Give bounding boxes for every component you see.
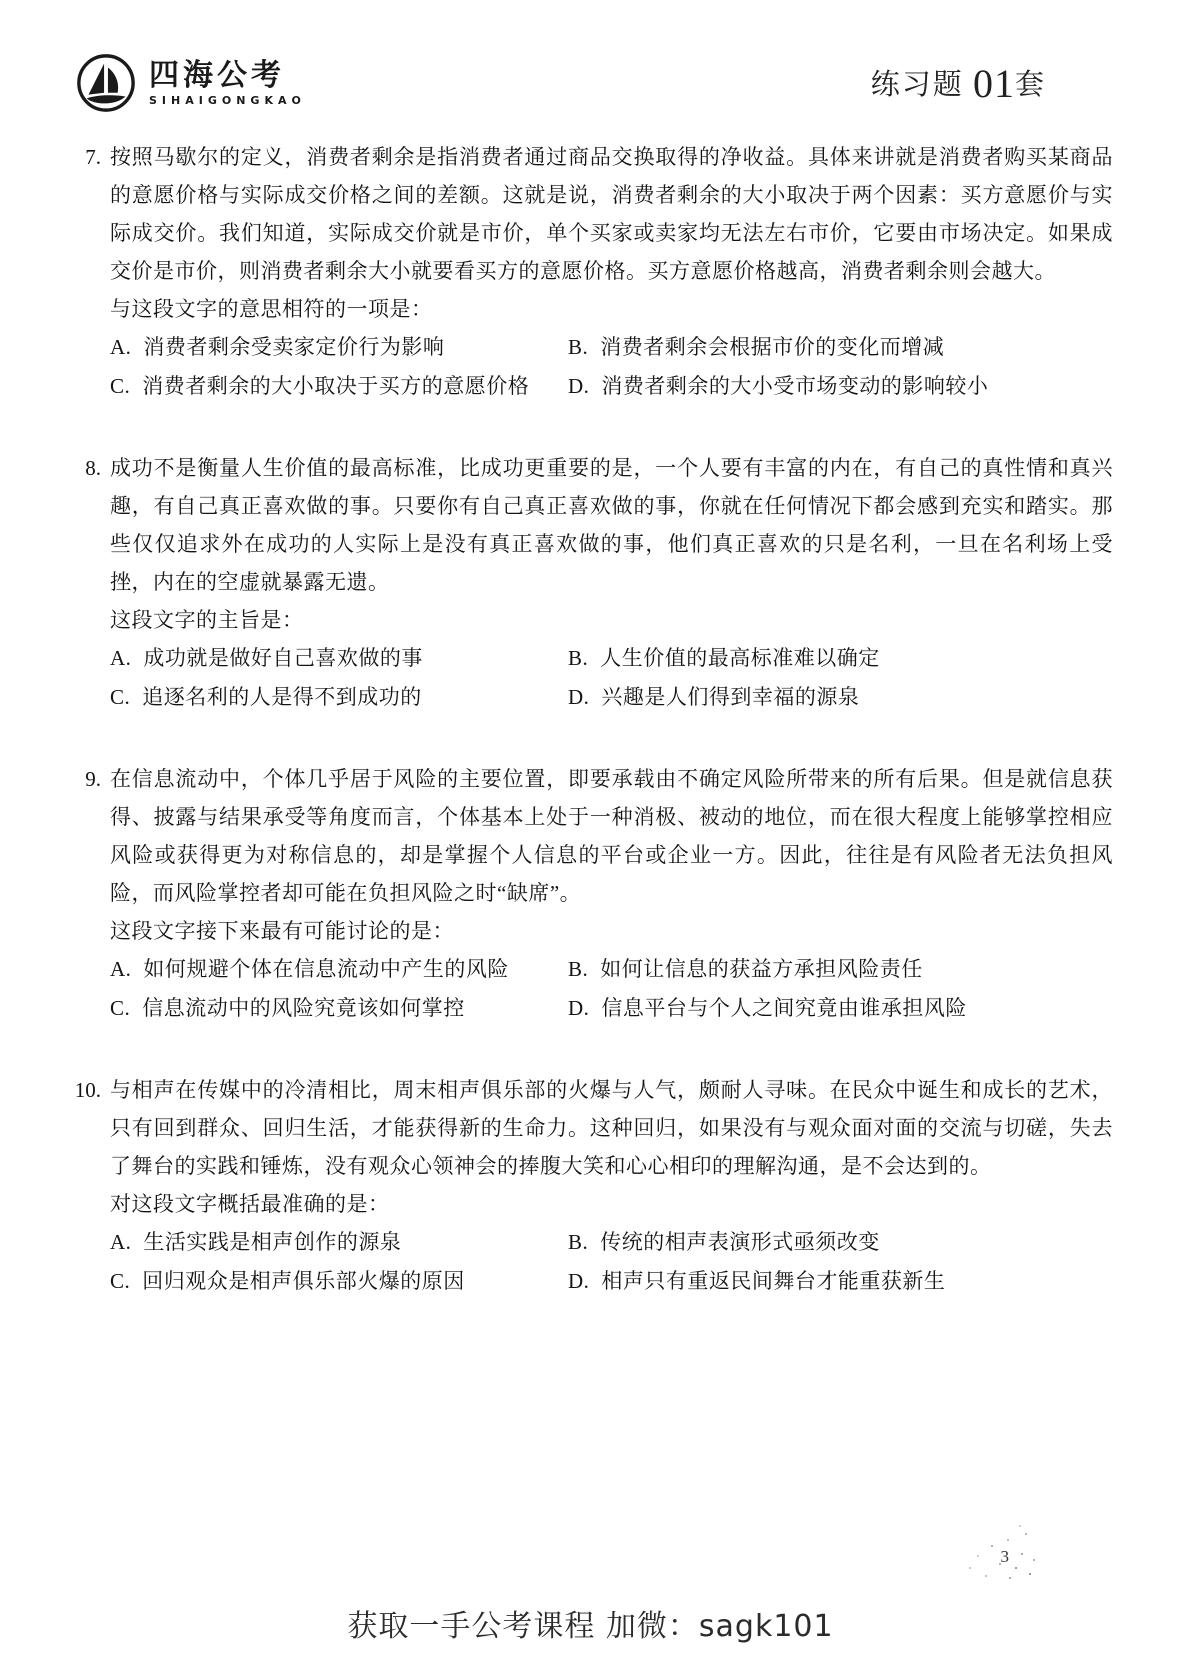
question-7: 7. 按照马歇尔的定义，消费者剩余是指消费者通过商品交换取得的净收益。具体来讲就… xyxy=(62,138,1113,406)
option-c: C.追逐名利的人是得不到成功的 xyxy=(110,678,568,717)
promo-footer-text: 获取一手公考课程 加微：sagk101 xyxy=(0,1601,1181,1645)
question-body: 在信息流动中，个体几乎居于风险的主要位置，即要承载由不确定风险所带来的所有后果。… xyxy=(110,760,1113,1028)
page-number: 3 xyxy=(1001,1547,1010,1567)
option-a: A.消费者剩余受卖家定价行为影响 xyxy=(110,328,568,367)
question-passage: 按照马歇尔的定义，消费者剩余是指消费者通过商品交换取得的净收益。具体来讲就是消费… xyxy=(110,138,1113,290)
question-number: 8. xyxy=(62,449,110,717)
question-passage: 成功不是衡量人生价值的最高标准，比成功更重要的是，一个人要有丰富的内在，有自己的… xyxy=(110,449,1113,601)
document-page: 四海公考 SIHAIGONGKAO 练习题 01套 7. 按照马歇尔的定义，消费… xyxy=(0,0,1181,1653)
option-label: B. xyxy=(568,335,588,359)
option-text: 生活实践是相声创作的源泉 xyxy=(143,1230,401,1254)
option-text: 相声只有重返民间舞台才能重获新生 xyxy=(601,1269,945,1293)
option-label: A. xyxy=(110,1230,131,1254)
option-text: 信息平台与个人之间究竟由谁承担风险 xyxy=(601,996,967,1020)
option-label: A. xyxy=(110,335,131,359)
title-suffix: 套 xyxy=(1015,69,1046,101)
question-options: A.如何规避个体在信息流动中产生的风险 B.如何让信息的获益方承担风险责任 C.… xyxy=(110,950,1113,1028)
option-text: 如何让信息的获益方承担风险责任 xyxy=(600,957,923,981)
option-text: 消费者剩余的大小受市场变动的影响较小 xyxy=(601,374,988,398)
brand-logo: 四海公考 SIHAIGONGKAO xyxy=(75,52,306,114)
question-passage: 在信息流动中，个体几乎居于风险的主要位置，即要承载由不确定风险所带来的所有后果。… xyxy=(110,760,1113,912)
option-b: B.人生价值的最高标准难以确定 xyxy=(568,639,1113,678)
option-a: A.生活实践是相声创作的源泉 xyxy=(110,1223,568,1262)
brand-name-en: SIHAIGONGKAO xyxy=(149,94,306,107)
question-stem: 与这段文字的意思相符的一项是： xyxy=(110,290,1113,328)
question-passage: 与相声在传媒中的冷清相比，周末相声俱乐部的火爆与人气，颇耐人寻味。在民众中诞生和… xyxy=(110,1071,1113,1185)
option-text: 信息流动中的风险究竟该如何掌控 xyxy=(142,996,465,1020)
brand-text: 四海公考 SIHAIGONGKAO xyxy=(149,59,306,107)
option-b: B.消费者剩余会根据市价的变化而增减 xyxy=(568,328,1113,367)
question-number: 9. xyxy=(62,760,110,1028)
question-8: 8. 成功不是衡量人生价值的最高标准，比成功更重要的是，一个人要有丰富的内在，有… xyxy=(62,449,1113,717)
option-b: B.如何让信息的获益方承担风险责任 xyxy=(568,950,1113,989)
option-label: A. xyxy=(110,646,131,670)
question-9: 9. 在信息流动中，个体几乎居于风险的主要位置，即要承载由不确定风险所带来的所有… xyxy=(62,760,1113,1028)
option-label: D. xyxy=(568,996,589,1020)
question-body: 成功不是衡量人生价值的最高标准，比成功更重要的是，一个人要有丰富的内在，有自己的… xyxy=(110,449,1113,717)
option-label: D. xyxy=(568,374,589,398)
option-d: D.相声只有重返民间舞台才能重获新生 xyxy=(568,1262,1113,1301)
title-set-number: 01 xyxy=(973,61,1015,106)
question-10: 10. 与相声在传媒中的冷清相比，周末相声俱乐部的火爆与人气，颇耐人寻味。在民众… xyxy=(62,1071,1113,1301)
option-b: B.传统的相声表演形式亟须改变 xyxy=(568,1223,1113,1262)
option-label: B. xyxy=(568,957,588,981)
option-label: A. xyxy=(110,957,131,981)
question-body: 按照马歇尔的定义，消费者剩余是指消费者通过商品交换取得的净收益。具体来讲就是消费… xyxy=(110,138,1113,406)
option-c: C.消费者剩余的大小取决于买方的意愿价格 xyxy=(110,367,568,406)
option-label: B. xyxy=(568,646,588,670)
option-text: 兴趣是人们得到幸福的源泉 xyxy=(601,685,859,709)
option-label: C. xyxy=(110,1269,130,1293)
option-text: 回归观众是相声俱乐部火爆的原因 xyxy=(142,1269,465,1293)
option-d: D.信息平台与个人之间究竟由谁承担风险 xyxy=(568,989,1113,1028)
question-options: A.消费者剩余受卖家定价行为影响 B.消费者剩余会根据市价的变化而增减 C.消费… xyxy=(110,328,1113,406)
option-d: D.兴趣是人们得到幸福的源泉 xyxy=(568,678,1113,717)
option-text: 成功就是做好自己喜欢做的事 xyxy=(143,646,423,670)
option-label: D. xyxy=(568,685,589,709)
page-title: 练习题 01套 xyxy=(871,60,1046,107)
page-header: 四海公考 SIHAIGONGKAO 练习题 01套 xyxy=(75,52,1106,122)
brand-name-cn: 四海公考 xyxy=(149,59,306,92)
option-label: C. xyxy=(110,685,130,709)
option-text: 消费者剩余会根据市价的变化而增减 xyxy=(600,335,944,359)
option-label: C. xyxy=(110,374,130,398)
option-text: 传统的相声表演形式亟须改变 xyxy=(600,1230,880,1254)
scan-noise-speckles xyxy=(1029,1573,1031,1575)
option-text: 追逐名利的人是得不到成功的 xyxy=(142,685,422,709)
option-text: 人生价值的最高标准难以确定 xyxy=(600,646,880,670)
question-number: 7. xyxy=(62,138,110,406)
option-label: C. xyxy=(110,996,130,1020)
option-c: C.回归观众是相声俱乐部火爆的原因 xyxy=(110,1262,568,1301)
option-a: A.成功就是做好自己喜欢做的事 xyxy=(110,639,568,678)
question-options: A.生活实践是相声创作的源泉 B.传统的相声表演形式亟须改变 C.回归观众是相声… xyxy=(110,1223,1113,1301)
option-text: 消费者剩余的大小取决于买方的意愿价格 xyxy=(142,374,529,398)
option-label: D. xyxy=(568,1269,589,1293)
question-number: 10. xyxy=(62,1071,110,1301)
option-a: A.如何规避个体在信息流动中产生的风险 xyxy=(110,950,568,989)
option-text: 如何规避个体在信息流动中产生的风险 xyxy=(143,957,509,981)
questions-area: 7. 按照马歇尔的定义，消费者剩余是指消费者通过商品交换取得的净收益。具体来讲就… xyxy=(62,138,1113,1344)
question-stem: 对这段文字概括最准确的是： xyxy=(110,1185,1113,1223)
question-options: A.成功就是做好自己喜欢做的事 B.人生价值的最高标准难以确定 C.追逐名利的人… xyxy=(110,639,1113,717)
question-body: 与相声在传媒中的冷清相比，周末相声俱乐部的火爆与人气，颇耐人寻味。在民众中诞生和… xyxy=(110,1071,1113,1301)
question-stem: 这段文字接下来最有可能讨论的是： xyxy=(110,912,1113,950)
title-prefix: 练习题 xyxy=(871,69,973,101)
sailboat-logo-icon xyxy=(75,52,137,114)
option-d: D.消费者剩余的大小受市场变动的影响较小 xyxy=(568,367,1113,406)
option-label: B. xyxy=(568,1230,588,1254)
option-c: C.信息流动中的风险究竟该如何掌控 xyxy=(110,989,568,1028)
question-stem: 这段文字的主旨是： xyxy=(110,601,1113,639)
option-text: 消费者剩余受卖家定价行为影响 xyxy=(143,335,444,359)
